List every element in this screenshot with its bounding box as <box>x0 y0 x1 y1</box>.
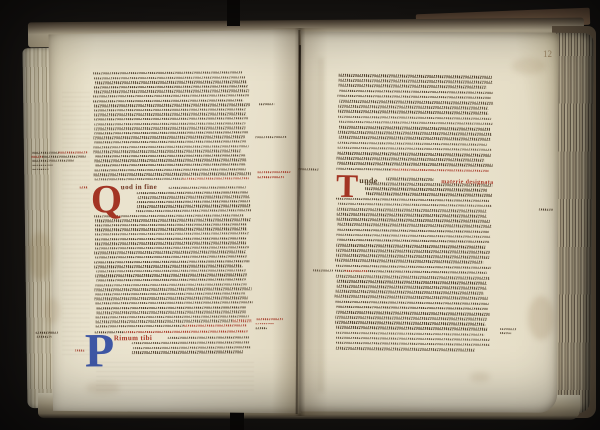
script-line <box>339 79 497 84</box>
ink-stroke <box>500 328 515 330</box>
script-line <box>336 316 494 321</box>
ink-stroke <box>337 157 485 162</box>
rubric-stroke <box>390 168 488 172</box>
marginal-gloss-line <box>500 332 517 334</box>
ink-stroke <box>337 162 492 167</box>
script-line <box>338 105 496 110</box>
script-line <box>336 341 494 346</box>
script-line <box>337 157 495 162</box>
marginal-gloss-line <box>539 209 555 211</box>
script-line <box>335 290 493 295</box>
script-line <box>336 331 494 336</box>
marginal-gloss-line <box>500 328 517 330</box>
script-line <box>336 249 494 254</box>
folio-number: 12 <box>543 49 552 59</box>
ink-stroke <box>337 152 490 157</box>
ink-stroke <box>339 100 493 105</box>
ink-stroke <box>338 202 492 207</box>
script-line <box>336 275 494 280</box>
script-line <box>336 285 494 290</box>
ink-stroke <box>336 249 491 254</box>
ink-stroke <box>335 295 488 300</box>
ink-stroke <box>337 218 490 223</box>
script-line <box>337 167 495 172</box>
ink-stroke <box>337 239 489 244</box>
script-line <box>338 115 496 120</box>
ink-stroke <box>365 187 486 191</box>
ink-stroke <box>337 141 487 146</box>
manuscript-photo: QPuod in fineRimum tibi Tundematerie des… <box>0 0 600 430</box>
script-line <box>336 336 494 341</box>
illuminated-initial-T: T <box>336 174 358 201</box>
ink-stroke <box>336 233 490 238</box>
script-line <box>338 202 496 207</box>
ink-stroke <box>336 275 490 280</box>
script-line <box>336 264 494 269</box>
ink-stroke <box>335 290 483 295</box>
ink-stroke <box>336 244 486 249</box>
ink-stroke <box>336 336 490 341</box>
script-line <box>336 197 494 202</box>
script-line <box>335 269 493 274</box>
ink-stroke <box>339 121 493 126</box>
script-line <box>337 152 495 157</box>
script-line <box>338 131 496 136</box>
ink-stroke <box>339 79 493 84</box>
script-line <box>339 121 497 126</box>
script-line <box>339 136 497 141</box>
script-line <box>336 280 494 285</box>
script-line <box>337 228 495 233</box>
ink-stroke <box>338 105 487 110</box>
ink-stroke <box>313 269 333 271</box>
ink-stroke <box>339 84 487 89</box>
ink-stroke <box>338 94 491 99</box>
ink-stroke <box>336 300 489 305</box>
script-line <box>336 244 494 249</box>
ink-stroke <box>539 209 553 211</box>
ink-stroke <box>339 136 491 141</box>
ink-stroke <box>337 208 486 213</box>
ink-stroke <box>336 197 489 202</box>
incipit-text: unde <box>359 177 378 185</box>
ink-stroke <box>500 332 511 334</box>
ink-stroke <box>335 321 485 326</box>
script-line <box>339 126 497 131</box>
script-line <box>336 347 494 352</box>
incipit-text: materie designata <box>441 179 493 186</box>
script-line <box>339 89 497 94</box>
script-line <box>338 94 496 99</box>
ink-stroke <box>336 341 490 346</box>
script-line <box>337 146 495 151</box>
script-line <box>365 187 495 192</box>
ink-stroke <box>339 74 492 79</box>
ink-stroke <box>336 326 487 331</box>
ink-stroke <box>336 280 486 285</box>
ink-stroke <box>336 311 489 316</box>
ink-stroke <box>339 110 489 115</box>
ink-stroke <box>339 126 490 131</box>
ink-stroke <box>337 223 491 228</box>
script-line <box>337 223 495 228</box>
script-line <box>336 326 494 331</box>
ink-stroke <box>337 213 487 218</box>
script-line <box>336 254 494 259</box>
ink-stroke <box>368 270 487 274</box>
ink-stroke <box>338 115 491 120</box>
script-line <box>335 259 493 264</box>
script-line <box>339 110 497 115</box>
ink-stroke <box>339 89 492 94</box>
right-page-content: Tundematerie designata <box>0 0 600 430</box>
ink-stroke <box>337 228 488 233</box>
ink-stroke <box>336 285 487 290</box>
ink-stroke <box>335 259 483 264</box>
script-line <box>337 213 495 218</box>
rubric-stroke <box>345 270 369 273</box>
script-line <box>335 321 493 326</box>
script-line <box>337 162 495 167</box>
marginal-gloss-line <box>313 269 334 271</box>
ink-stroke <box>336 254 489 259</box>
ink-stroke <box>336 316 487 321</box>
script-line <box>337 218 495 223</box>
script-line <box>339 84 497 89</box>
script-line <box>339 100 497 105</box>
marginal-gloss-line <box>298 168 318 170</box>
script-line <box>336 300 494 305</box>
script-line <box>336 233 494 238</box>
script-line <box>335 295 493 300</box>
script-line <box>337 239 495 244</box>
ink-stroke <box>337 146 492 151</box>
script-line <box>366 193 496 198</box>
script-line <box>337 141 495 146</box>
script-line <box>339 74 497 79</box>
script-line <box>337 208 495 213</box>
ink-stroke <box>338 131 492 136</box>
script-line <box>336 305 494 310</box>
ink-stroke <box>335 269 345 272</box>
ink-stroke <box>298 168 318 170</box>
ink-stroke <box>336 347 475 352</box>
ink-stroke <box>386 177 433 180</box>
ink-stroke <box>336 305 488 310</box>
ink-stroke <box>336 331 484 336</box>
ink-stroke <box>366 193 492 197</box>
ink-stroke <box>336 264 491 269</box>
script-line <box>336 311 494 316</box>
